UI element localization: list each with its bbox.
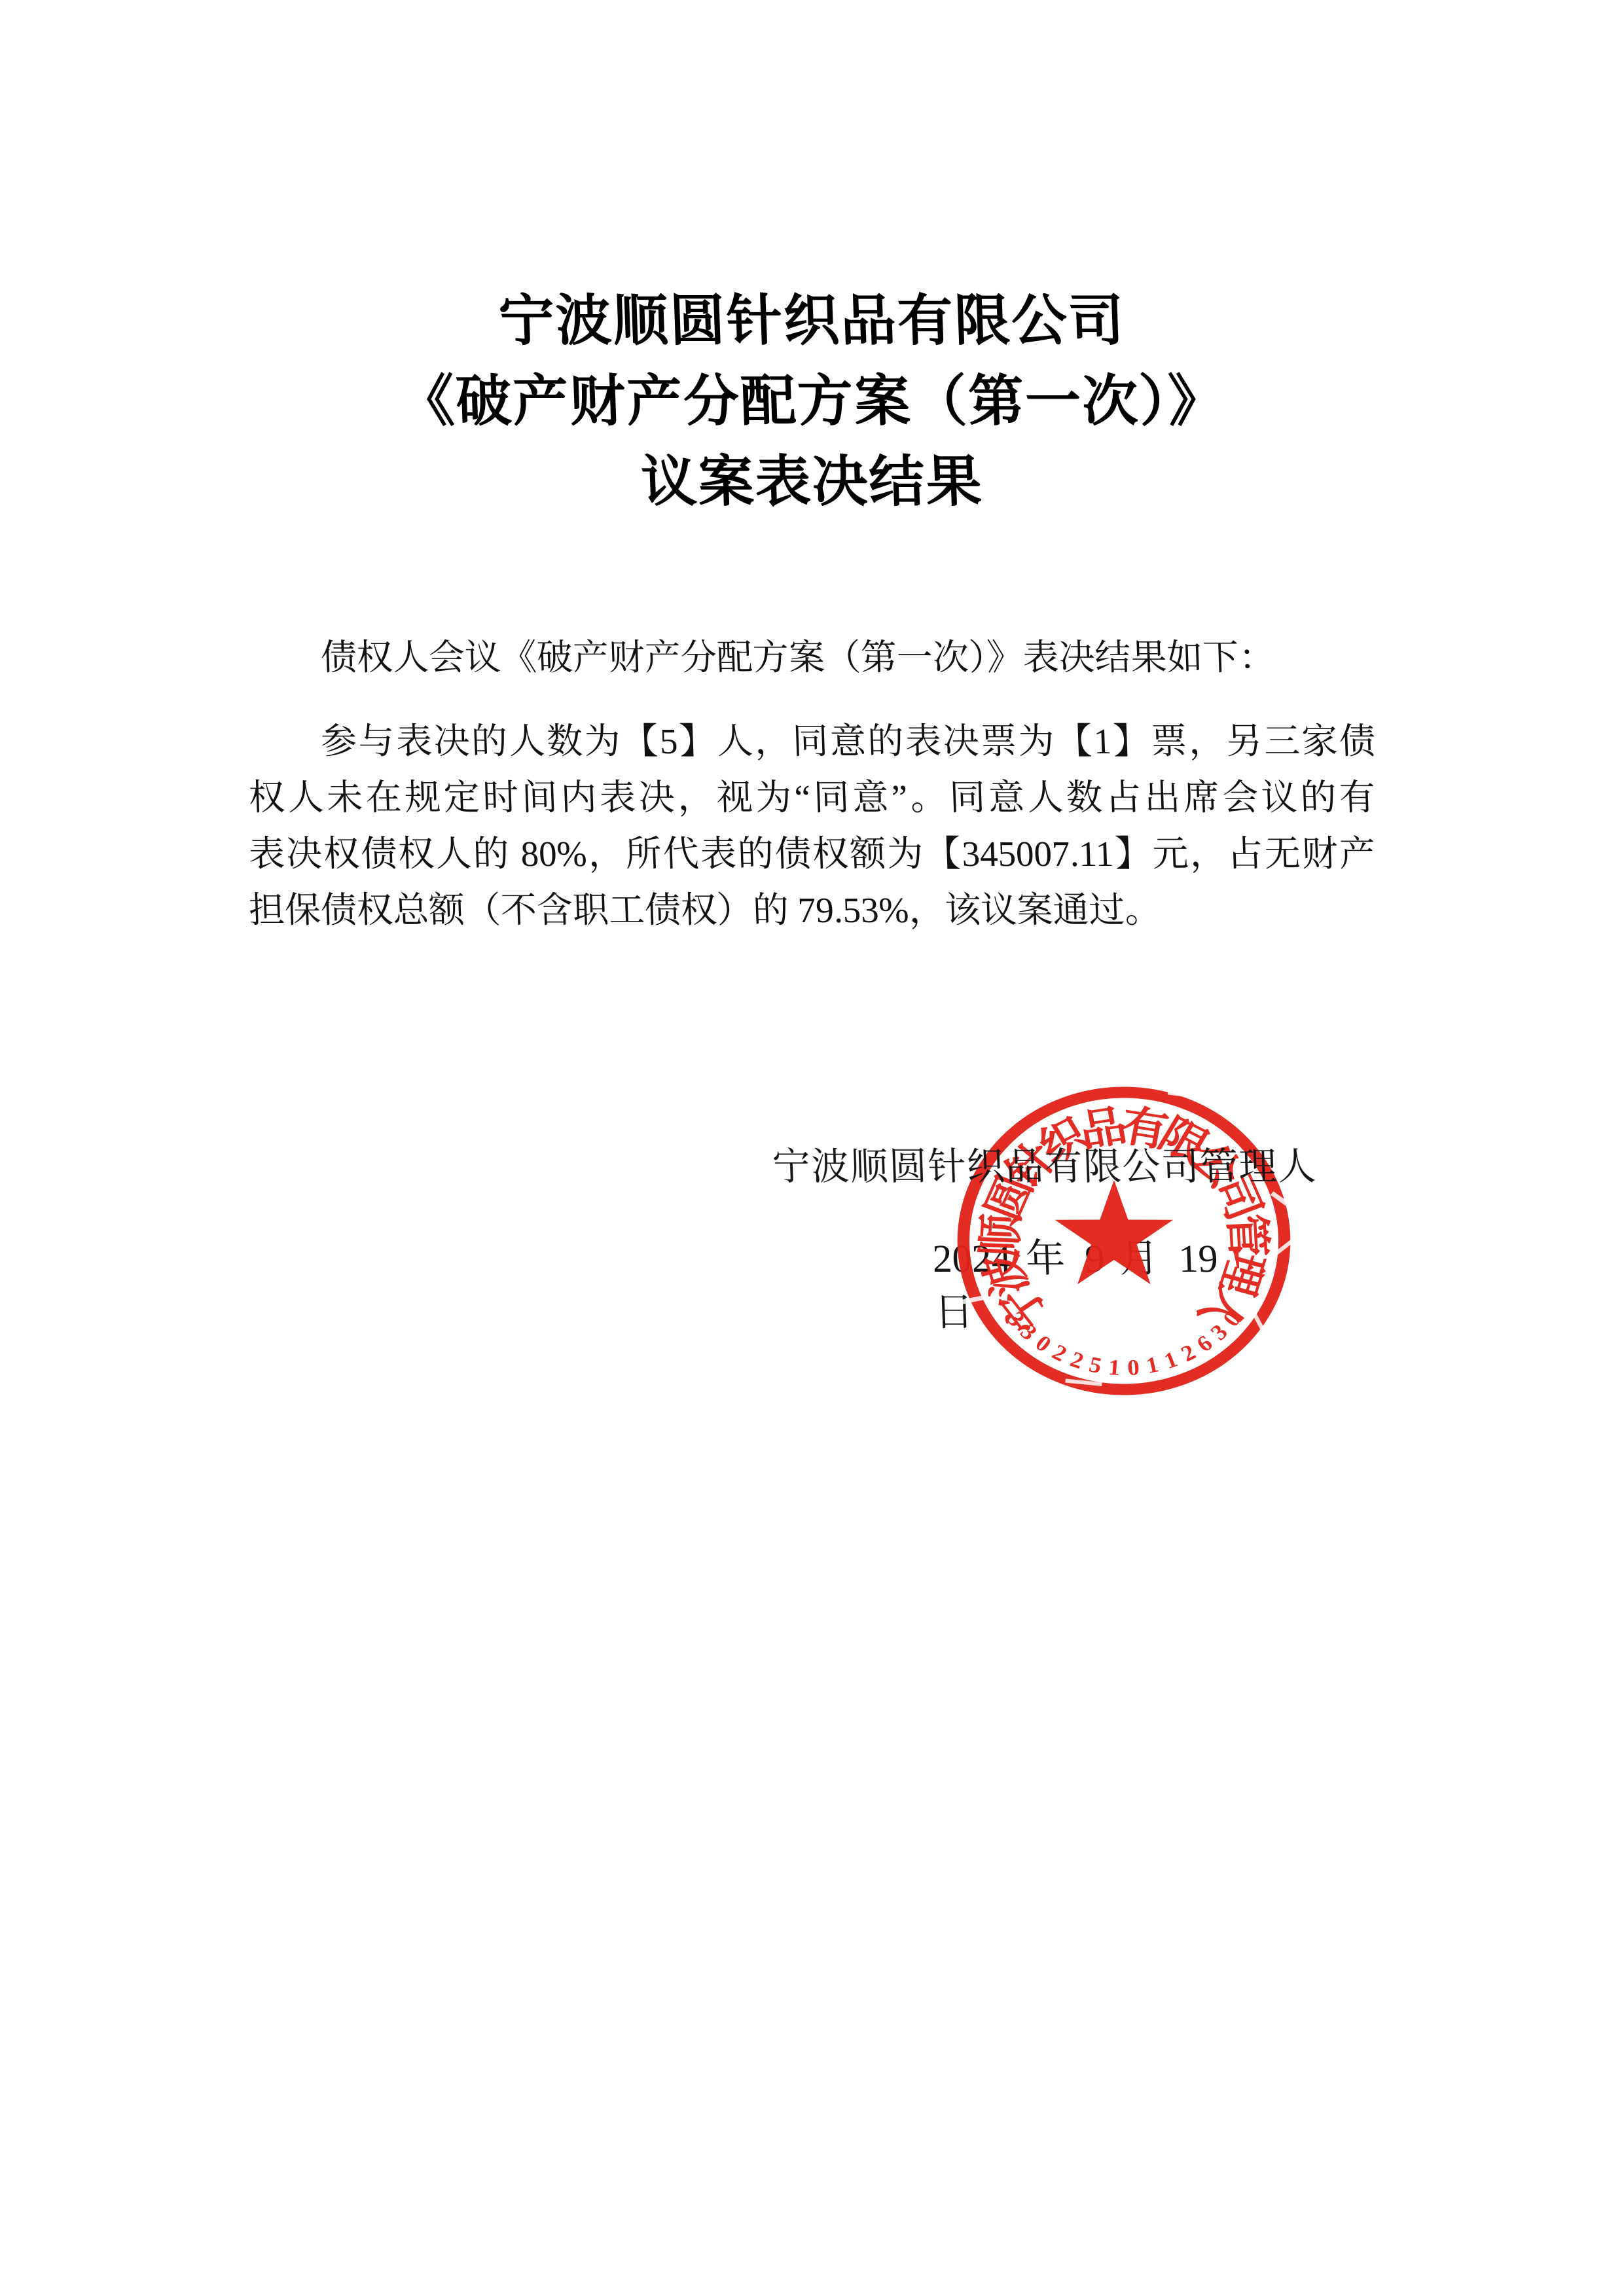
- title-line-company: 宁波顺圆针织品有限公司: [247, 281, 1377, 362]
- paragraph-intro: 债权人会议《破产财产分配方案（第一次）》表决结果如下：: [247, 630, 1376, 686]
- svg-text:2: 2: [1067, 1346, 1087, 1374]
- svg-text:1: 1: [1144, 1352, 1161, 1378]
- paragraph-result: 参与表决的人数为【5】人，同意的表决票为【1】票，另三家债 权人未在规定时间内表…: [249, 713, 1375, 939]
- red-star-icon: [1055, 1180, 1173, 1284]
- company-seal-stamp: 宁波顺圆针织品有限公司管理人 33022510112630: [957, 1086, 1291, 1395]
- signature-administrator: 宁波顺圆针织品有限公司管理人: [772, 1140, 1317, 1194]
- body-line: 担保债权总额（不含职工债权）的 79.53%，该议案通过。: [247, 882, 1376, 939]
- svg-text:1: 1: [1108, 1354, 1121, 1380]
- document-title: 宁波顺圆针织品有限公司 《破产财产分配方案（第一次）》 议案表决结果: [249, 281, 1375, 523]
- document-page: 宁波顺圆针织品有限公司 《破产财产分配方案（第一次）》 议案表决结果 债权人会议…: [0, 0, 1624, 2296]
- body-line: 权人未在规定时间内表决，视为“同意”。同意人数占出席会议的有: [247, 770, 1376, 826]
- svg-text:2: 2: [1048, 1339, 1072, 1367]
- svg-text:1: 1: [1161, 1346, 1181, 1374]
- body-line: 表决权债权人的 80%，所代表的债权额为【345007.11】元，占无财产: [247, 826, 1376, 882]
- body-line: 参与表决的人数为【5】人，同意的表决票为【1】票，另三家债: [247, 713, 1376, 770]
- document-body: 债权人会议《破产财产分配方案（第一次）》表决结果如下： 参与表决的人数为【5】人…: [249, 630, 1375, 939]
- svg-text:0: 0: [1127, 1354, 1140, 1380]
- title-line-plan: 《破产财产分配方案（第一次）》: [247, 362, 1377, 442]
- svg-text:5: 5: [1087, 1352, 1104, 1378]
- title-line-result: 议案表决结果: [247, 442, 1377, 523]
